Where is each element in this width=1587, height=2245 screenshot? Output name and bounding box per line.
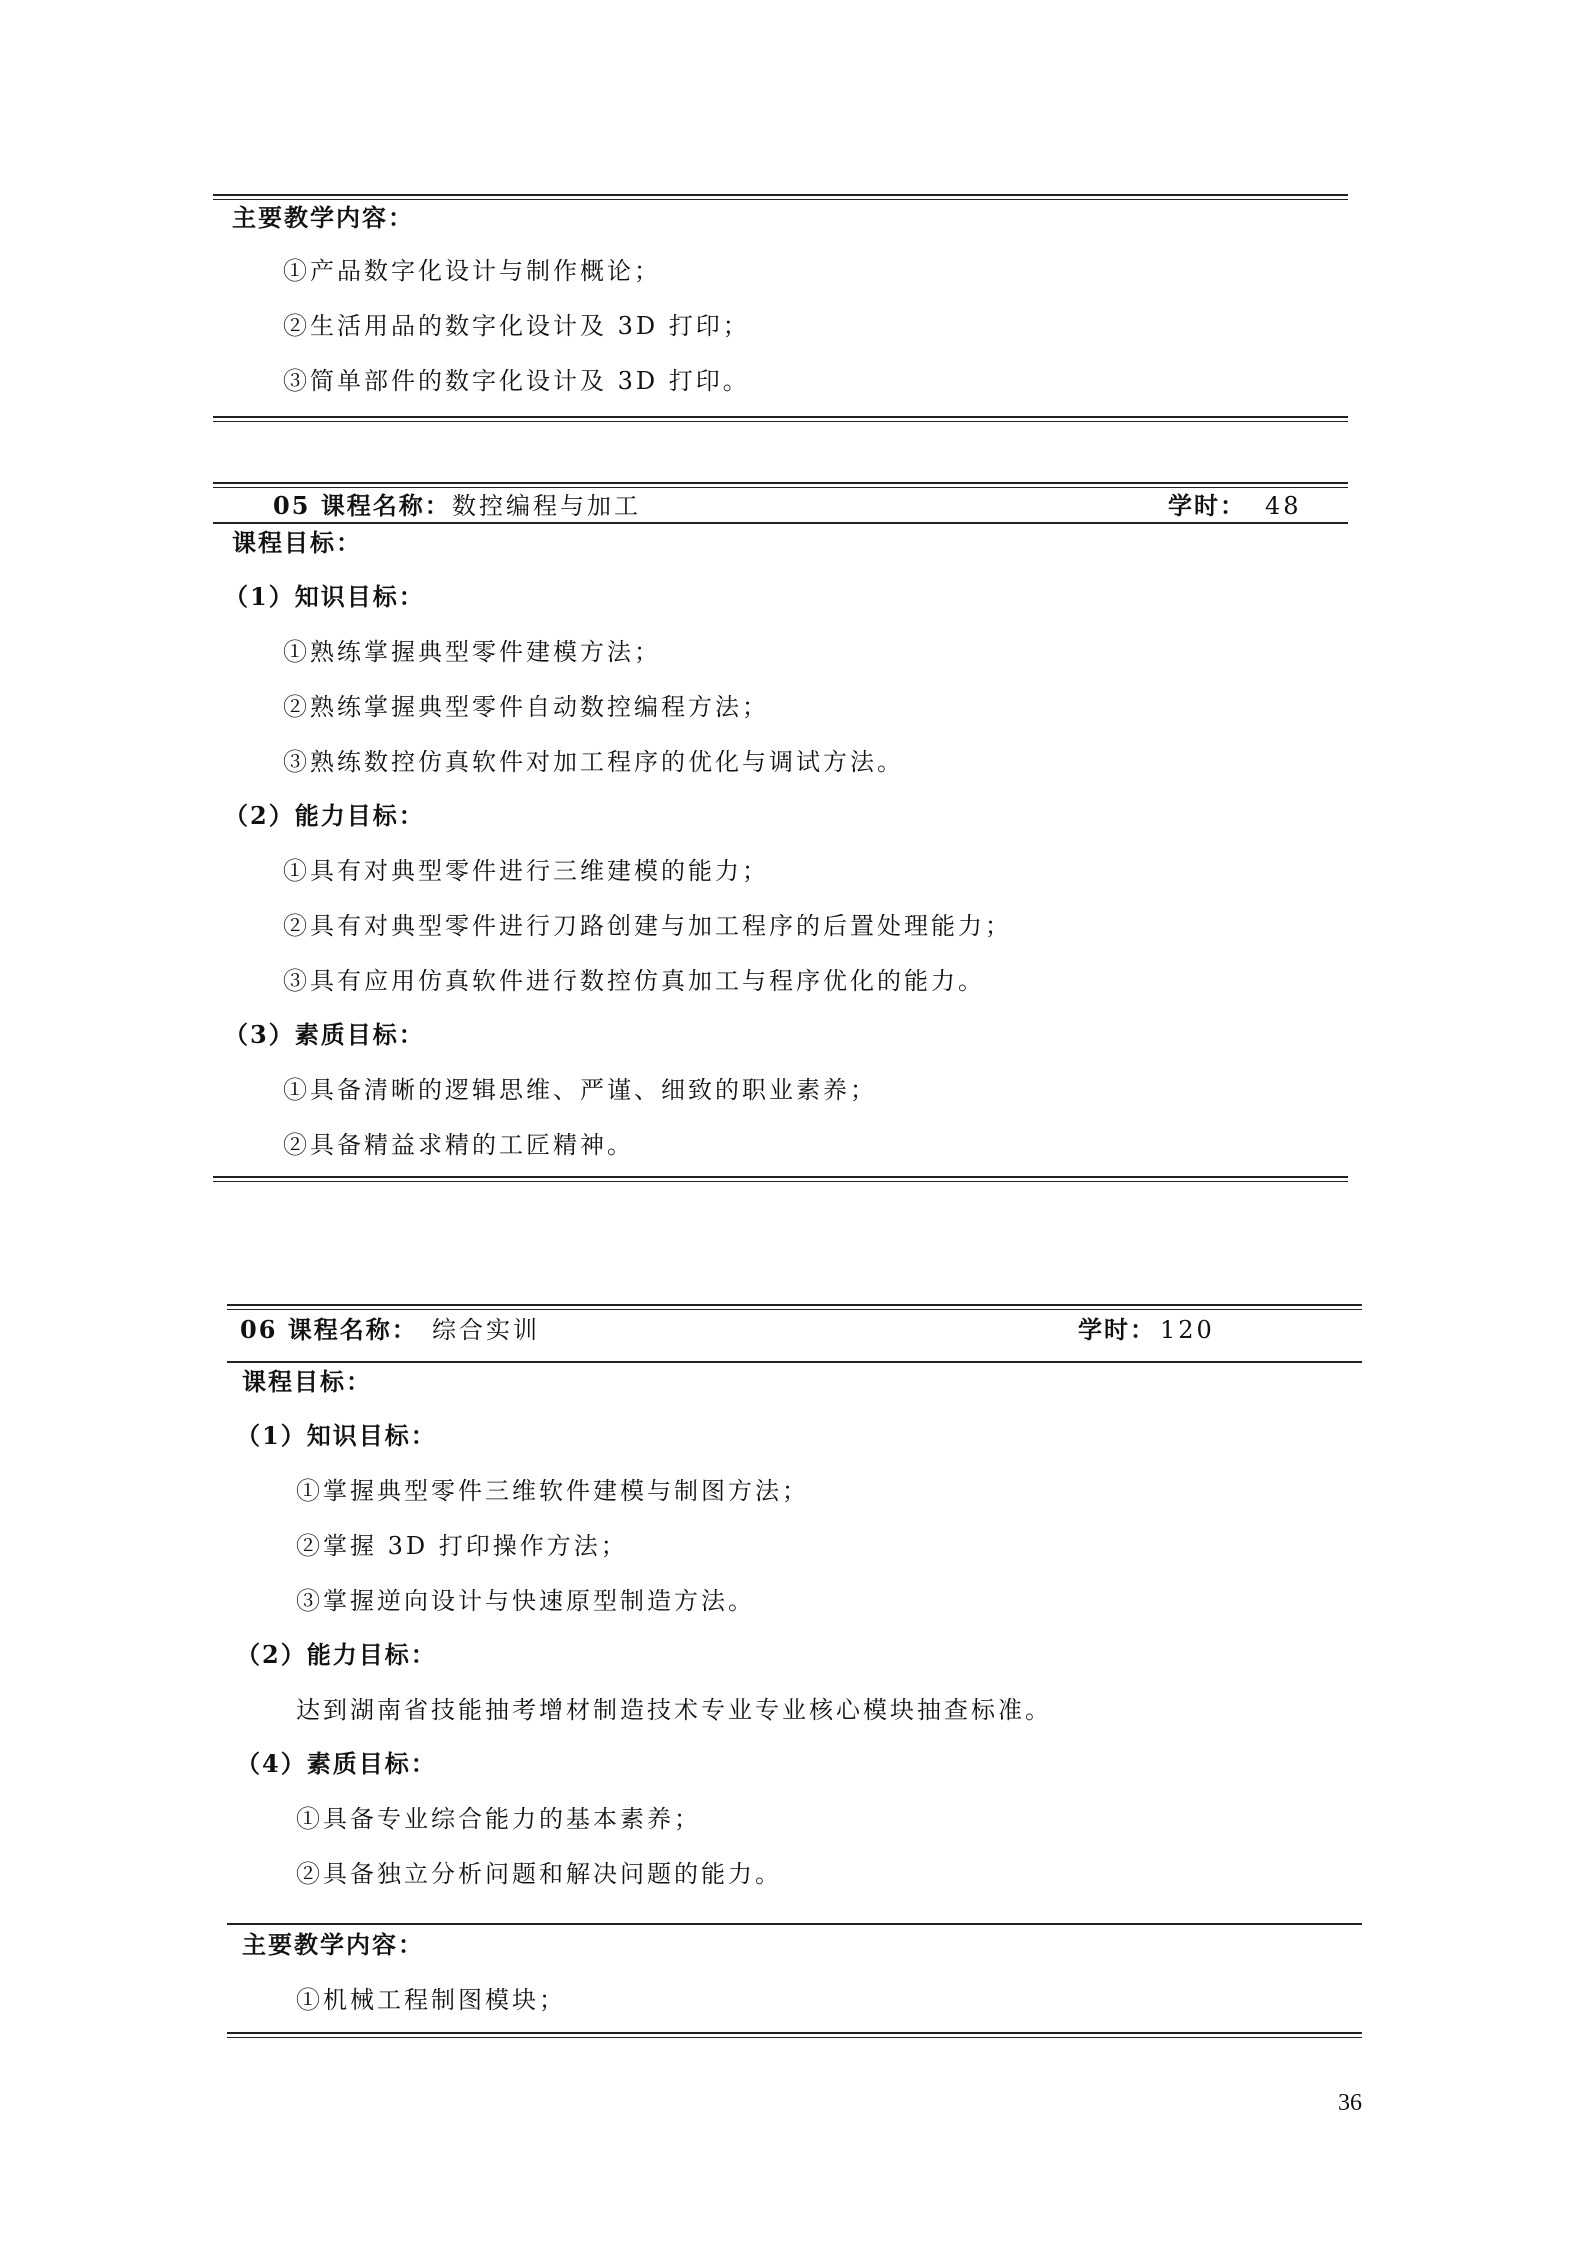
- course-05-header-rule: [213, 522, 1348, 524]
- course-06-content-item: ①机械工程制图模块；: [296, 1985, 566, 2015]
- course-05-ability-item: ③具有应用仿真软件进行数控仿真加工与程序优化的能力。: [283, 966, 985, 996]
- course-05-ability-heading: （2）能力目标：: [224, 801, 425, 831]
- course-05-quality-item: ②具备精益求精的工匠精神。: [283, 1130, 634, 1160]
- course-05-knowledge-item: ③熟练数控仿真软件对加工程序的优化与调试方法。: [283, 747, 904, 777]
- course-06-knowledge-item: ③掌握逆向设计与快速原型制造方法。: [296, 1586, 755, 1616]
- course-06-knowledge-item: ②掌握 3D 打印操作方法；: [296, 1531, 628, 1561]
- course-06-top-rule: [227, 1304, 1362, 1310]
- course-06-knowledge-item: ①掌握典型零件三维软件建模与制图方法；: [296, 1476, 809, 1506]
- course-05-goals-heading: 课程目标：: [232, 528, 362, 558]
- course-06-header-rule: [227, 1361, 1362, 1363]
- section-top-content-item: ①产品数字化设计与制作概论；: [283, 256, 661, 286]
- course-05-title-value: 数控编程与加工: [452, 491, 641, 521]
- course-05-ability-item: ②具有对典型零件进行刀路创建与加工程序的后置处理能力；: [283, 911, 1012, 941]
- course-06-ability-item: 达到湖南省技能抽考增材制造技术专业专业核心模块抽查标准。: [296, 1695, 1052, 1725]
- course-06-hours-value: 120: [1160, 1315, 1215, 1345]
- course-06-title-label: 06 课程名称：: [240, 1315, 418, 1345]
- section-top-content-heading: 主要教学内容：: [232, 203, 414, 233]
- course-06-content-heading: 主要教学内容：: [242, 1930, 424, 1960]
- course-06-bottom-rule: [227, 2032, 1362, 2038]
- course-06-content-rule: [227, 1923, 1362, 1925]
- section-top-rule: [213, 194, 1348, 200]
- section-top-content-item: ③简单部件的数字化设计及 3D 打印。: [283, 366, 750, 396]
- course-06-hours-label: 学时：: [1078, 1315, 1156, 1345]
- section-top-content-item: ②生活用品的数字化设计及 3D 打印；: [283, 311, 750, 341]
- course-06-title-value: 综合实训: [432, 1315, 540, 1345]
- page-number: 36: [1338, 2090, 1362, 2117]
- course-05-top-rule: [213, 482, 1348, 488]
- course-06-quality-item: ②具备独立分析问题和解决问题的能力。: [296, 1859, 782, 1889]
- course-06-goals-heading: 课程目标：: [242, 1367, 372, 1397]
- course-05-quality-item: ①具备清晰的逻辑思维、严谨、细致的职业素养；: [283, 1075, 877, 1105]
- course-05-knowledge-item: ②熟练掌握典型零件自动数控编程方法；: [283, 692, 769, 722]
- course-06-knowledge-heading: （1）知识目标：: [236, 1421, 437, 1451]
- course-05-ability-item: ①具有对典型零件进行三维建模的能力；: [283, 856, 769, 886]
- course-06-ability-heading: （2）能力目标：: [236, 1640, 437, 1670]
- section-top-bottom-rule: [213, 416, 1348, 422]
- course-05-title-label: 05 课程名称：: [273, 491, 451, 521]
- course-05-hours-value: 48: [1265, 491, 1302, 521]
- course-06-quality-heading: （4）素质目标：: [236, 1749, 437, 1779]
- course-05-knowledge-heading: （1）知识目标：: [224, 582, 425, 612]
- course-05-bottom-rule: [213, 1176, 1348, 1182]
- course-05-hours-label: 学时：: [1168, 491, 1246, 521]
- course-06-quality-item: ①具备专业综合能力的基本素养；: [296, 1804, 701, 1834]
- course-05-quality-heading: （3）素质目标：: [224, 1020, 425, 1050]
- course-05-knowledge-item: ①熟练掌握典型零件建模方法；: [283, 637, 661, 667]
